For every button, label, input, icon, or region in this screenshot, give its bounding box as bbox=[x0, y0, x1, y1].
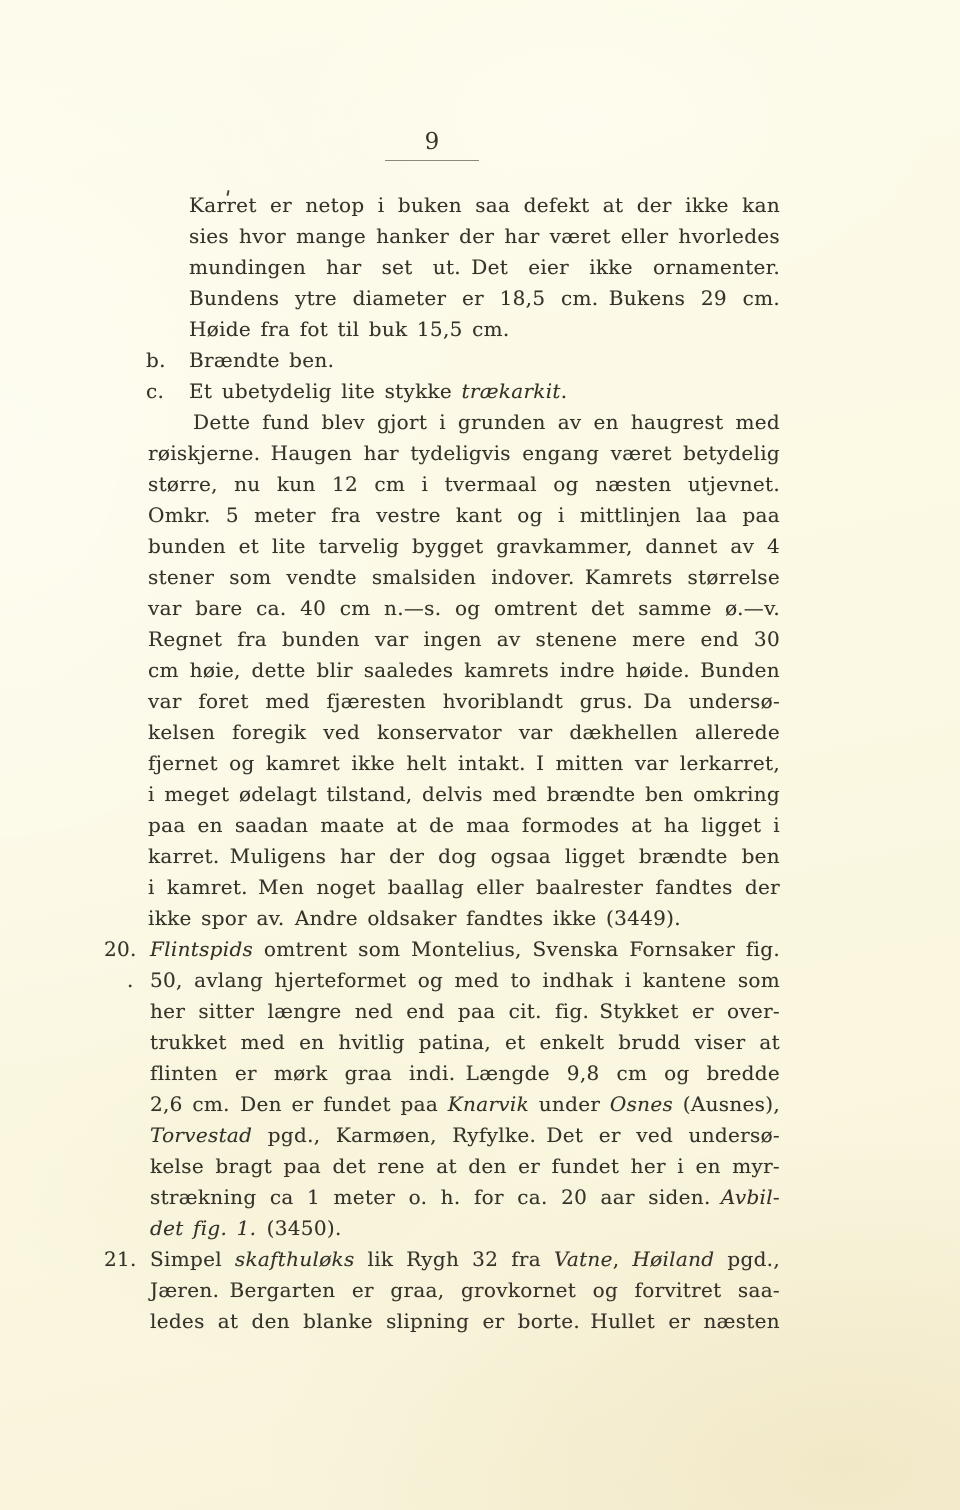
italic-text: Høiland bbox=[632, 1247, 714, 1271]
text-line: i meget ødelagt tilstand, delvis med bræ… bbox=[148, 779, 780, 810]
text-line: bunden et lite tarvelig bygget gravkamme… bbox=[148, 531, 780, 562]
text-line: Omkr. 5 meter fra vestre kant og i mittl… bbox=[148, 500, 780, 531]
italic-text: Knarvik bbox=[448, 1092, 529, 1116]
text-line: Regnet fra bunden var ingen av stenene m… bbox=[148, 624, 780, 655]
text-line: Brændte ben. bbox=[189, 345, 780, 376]
italic-text: Osnes bbox=[610, 1092, 673, 1116]
text-line: Høide fra fot til buk 15,5 cm. bbox=[189, 314, 780, 345]
text-line: Torvestad pgd., Karmøen, Ryfylke. Det er… bbox=[150, 1120, 780, 1151]
text-line: stener som vendte smalsiden indover. Kam… bbox=[148, 562, 780, 593]
text-line: Flintspids omtrent som Montelius, Svensk… bbox=[150, 934, 780, 965]
text-line: større, nu kun 12 cm i tvermaal og næste… bbox=[148, 469, 780, 500]
text-line: paa en saadan maate at de maa formodes a… bbox=[148, 810, 780, 841]
text-line: Jæren. Bergarten er graa, grovkornet og … bbox=[150, 1275, 780, 1306]
text-line: her sitter længre ned end paa cit. fig. … bbox=[150, 996, 780, 1027]
text-line: strækning ca 1 meter o. h. for ca. 20 aa… bbox=[150, 1182, 780, 1213]
text-line: trukket med en hvitlig patina, et enkelt… bbox=[150, 1027, 780, 1058]
text-line: cm høie, dette blir saaledes kamrets ind… bbox=[148, 655, 780, 686]
text-line: fjernet og kamret ikke helt intakt. I mi… bbox=[148, 748, 780, 779]
sub-item-marker: c. bbox=[146, 376, 164, 407]
text-line: kelsen foregik ved konservator var dækhe… bbox=[148, 717, 780, 748]
scanned-page: 9 Karret er netop i buken saa defekt at … bbox=[0, 0, 960, 1510]
stray-ink-dot: . bbox=[127, 965, 134, 996]
italic-text: Flintspids bbox=[150, 937, 253, 961]
text-line: røiskjerne. Haugen har tydeligvis engang… bbox=[148, 438, 780, 469]
text-line: kelse bragt paa det rene at den er funde… bbox=[150, 1151, 780, 1182]
text-line: Bundens ytre diameter er 18,5 cm. Bukens… bbox=[189, 283, 780, 314]
text-line: ledes at den blanke slipning er borte. H… bbox=[150, 1306, 780, 1337]
text-line: Et ubetydelig lite stykke trækarkit. bbox=[189, 376, 780, 407]
italic-text: Vatne bbox=[554, 1247, 613, 1271]
numbered-list-item: 20..Flintspids omtrent som Montelius, Sv… bbox=[150, 934, 780, 1244]
sub-list-item: c.Et ubetydelig lite stykke trækarkit. bbox=[189, 376, 780, 407]
paragraph-continued: Karret er netop i buken saa defekt at de… bbox=[189, 190, 780, 345]
text-line: 50, avlang hjerteformet og med to indhak… bbox=[150, 965, 780, 996]
item-number: 21. bbox=[104, 1244, 137, 1275]
italic-text: Avbil- bbox=[721, 1185, 780, 1209]
text-block: Karret er netop i buken saa defekt at de… bbox=[104, 190, 780, 1337]
text-line: i kamret. Men noget baallag eller baalre… bbox=[148, 872, 780, 903]
text-line: mundingen har set ut. Det eier ikke orna… bbox=[189, 252, 780, 283]
italic-text: Torvestad bbox=[150, 1123, 252, 1147]
item-number: 20. bbox=[104, 934, 137, 965]
text-line: ikke spor av. Andre oldsaker fandtes ikk… bbox=[148, 903, 780, 934]
italic-text: skafthuløks bbox=[235, 1247, 355, 1271]
numbered-list-item: 21.Simpel skafthuløks lik Rygh 32 fra Va… bbox=[150, 1244, 780, 1337]
text-line: flinten er mørk graa indi. Længde 9,8 cm… bbox=[150, 1058, 780, 1089]
sub-list-item: b.Brændte ben. bbox=[189, 345, 780, 376]
paragraph: Dette fund blev gjort i grunden av en ha… bbox=[148, 407, 780, 934]
text-line: var foret med fjæresten hvoriblandt grus… bbox=[148, 686, 780, 717]
text-line: 2,6 cm. Den er fundet paa Knarvik under … bbox=[150, 1089, 780, 1120]
italic-text: trækarkit bbox=[462, 379, 561, 403]
page-number: 9 bbox=[385, 128, 479, 161]
text-line: Simpel skafthuløks lik Rygh 32 fra Vatne… bbox=[150, 1244, 780, 1275]
text-line: karret. Muligens har der dog ogsaa ligge… bbox=[148, 841, 780, 872]
text-line: Dette fund blev gjort i grunden av en ha… bbox=[148, 407, 780, 438]
text-line: det fig. 1. (3450). bbox=[150, 1213, 780, 1244]
text-line: var bare ca. 40 cm n.—s. og omtrent det … bbox=[148, 593, 780, 624]
text-line: Karret er netop i buken saa defekt at de… bbox=[189, 190, 780, 221]
text-line: sies hvor mange hanker der har været ell… bbox=[189, 221, 780, 252]
sub-item-marker: b. bbox=[146, 345, 166, 376]
italic-text: det fig. 1. bbox=[150, 1216, 256, 1240]
